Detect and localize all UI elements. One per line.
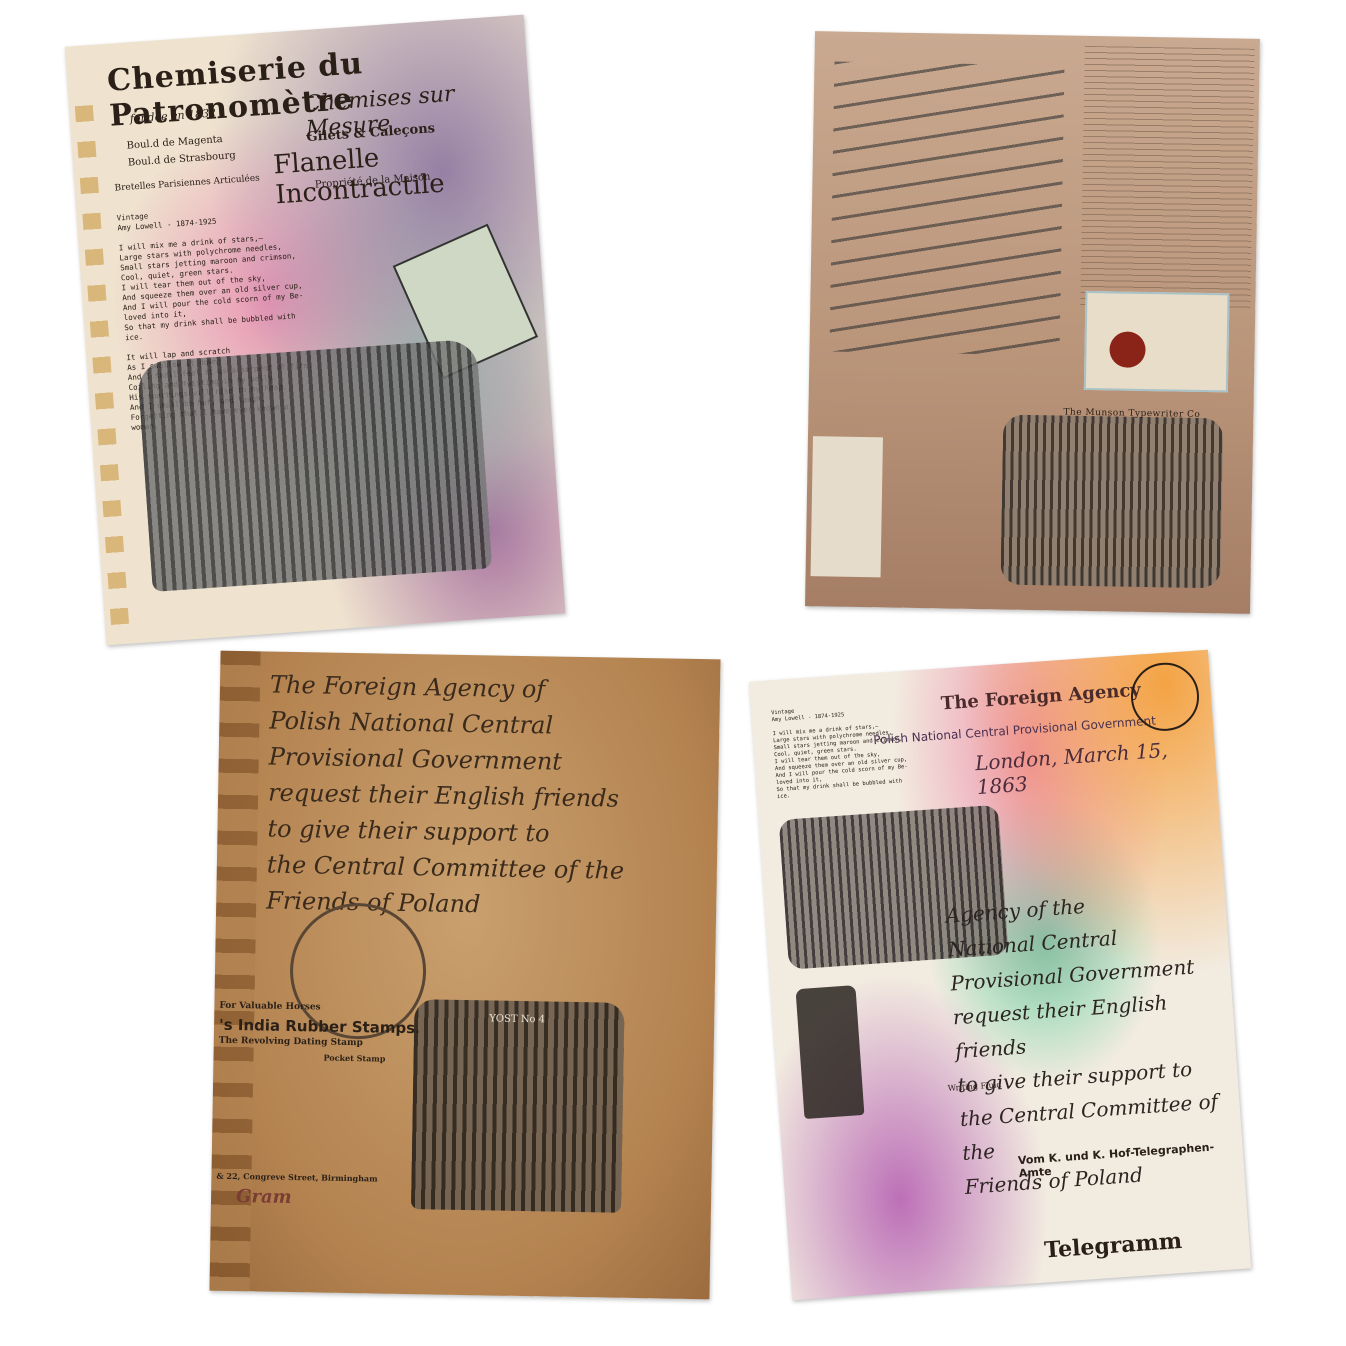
telegram-title: Telegramm xyxy=(1043,1228,1182,1264)
address-text: Boul.d de Strasbourg xyxy=(128,150,237,169)
oil-bottle-image xyxy=(811,436,883,577)
typewriter-image xyxy=(1000,415,1223,589)
collage-card-yost: The Foreign Agency of Polish National Ce… xyxy=(209,651,720,1300)
agency-header: The Foreign Agency xyxy=(940,680,1141,715)
address-text: Boul.d de Magenta xyxy=(126,134,223,152)
collage-card-pens: The Munson Typewriter Co xyxy=(805,31,1260,614)
ink-bottle-image xyxy=(795,985,864,1119)
collage-card-chemiserie: Chemiserie du Patronomètre Chemises sur … xyxy=(65,15,566,646)
typewriter-image xyxy=(137,339,492,592)
handwritten-letter: The Foreign Agency of Polish National Ce… xyxy=(266,667,690,926)
letter-envelope-image xyxy=(1084,291,1230,392)
newspaper-text-block xyxy=(1080,46,1255,309)
ad-logo: Gram xyxy=(236,1186,292,1208)
collage-card-telegram: Vintage Amy Lowell - 1874-1925 I will mi… xyxy=(749,650,1251,1301)
pens-illustration xyxy=(829,62,1064,356)
ad-text: For Valuable Horses xyxy=(219,1001,320,1013)
tagline-text: Bretelles Parisiennes Articulées xyxy=(114,173,260,193)
typewriter-image xyxy=(411,999,625,1213)
typewriter-model-label: YOST No 4 xyxy=(489,1013,545,1025)
poem-text: Vintage Amy Lowell - 1874-1925 I will mi… xyxy=(771,700,927,801)
ad-text: Pocket Stamp xyxy=(323,1053,385,1064)
date-text: London, March 15, 1863 xyxy=(974,735,1217,800)
ad-headline: 's India Rubber Stamps. xyxy=(219,1016,421,1038)
